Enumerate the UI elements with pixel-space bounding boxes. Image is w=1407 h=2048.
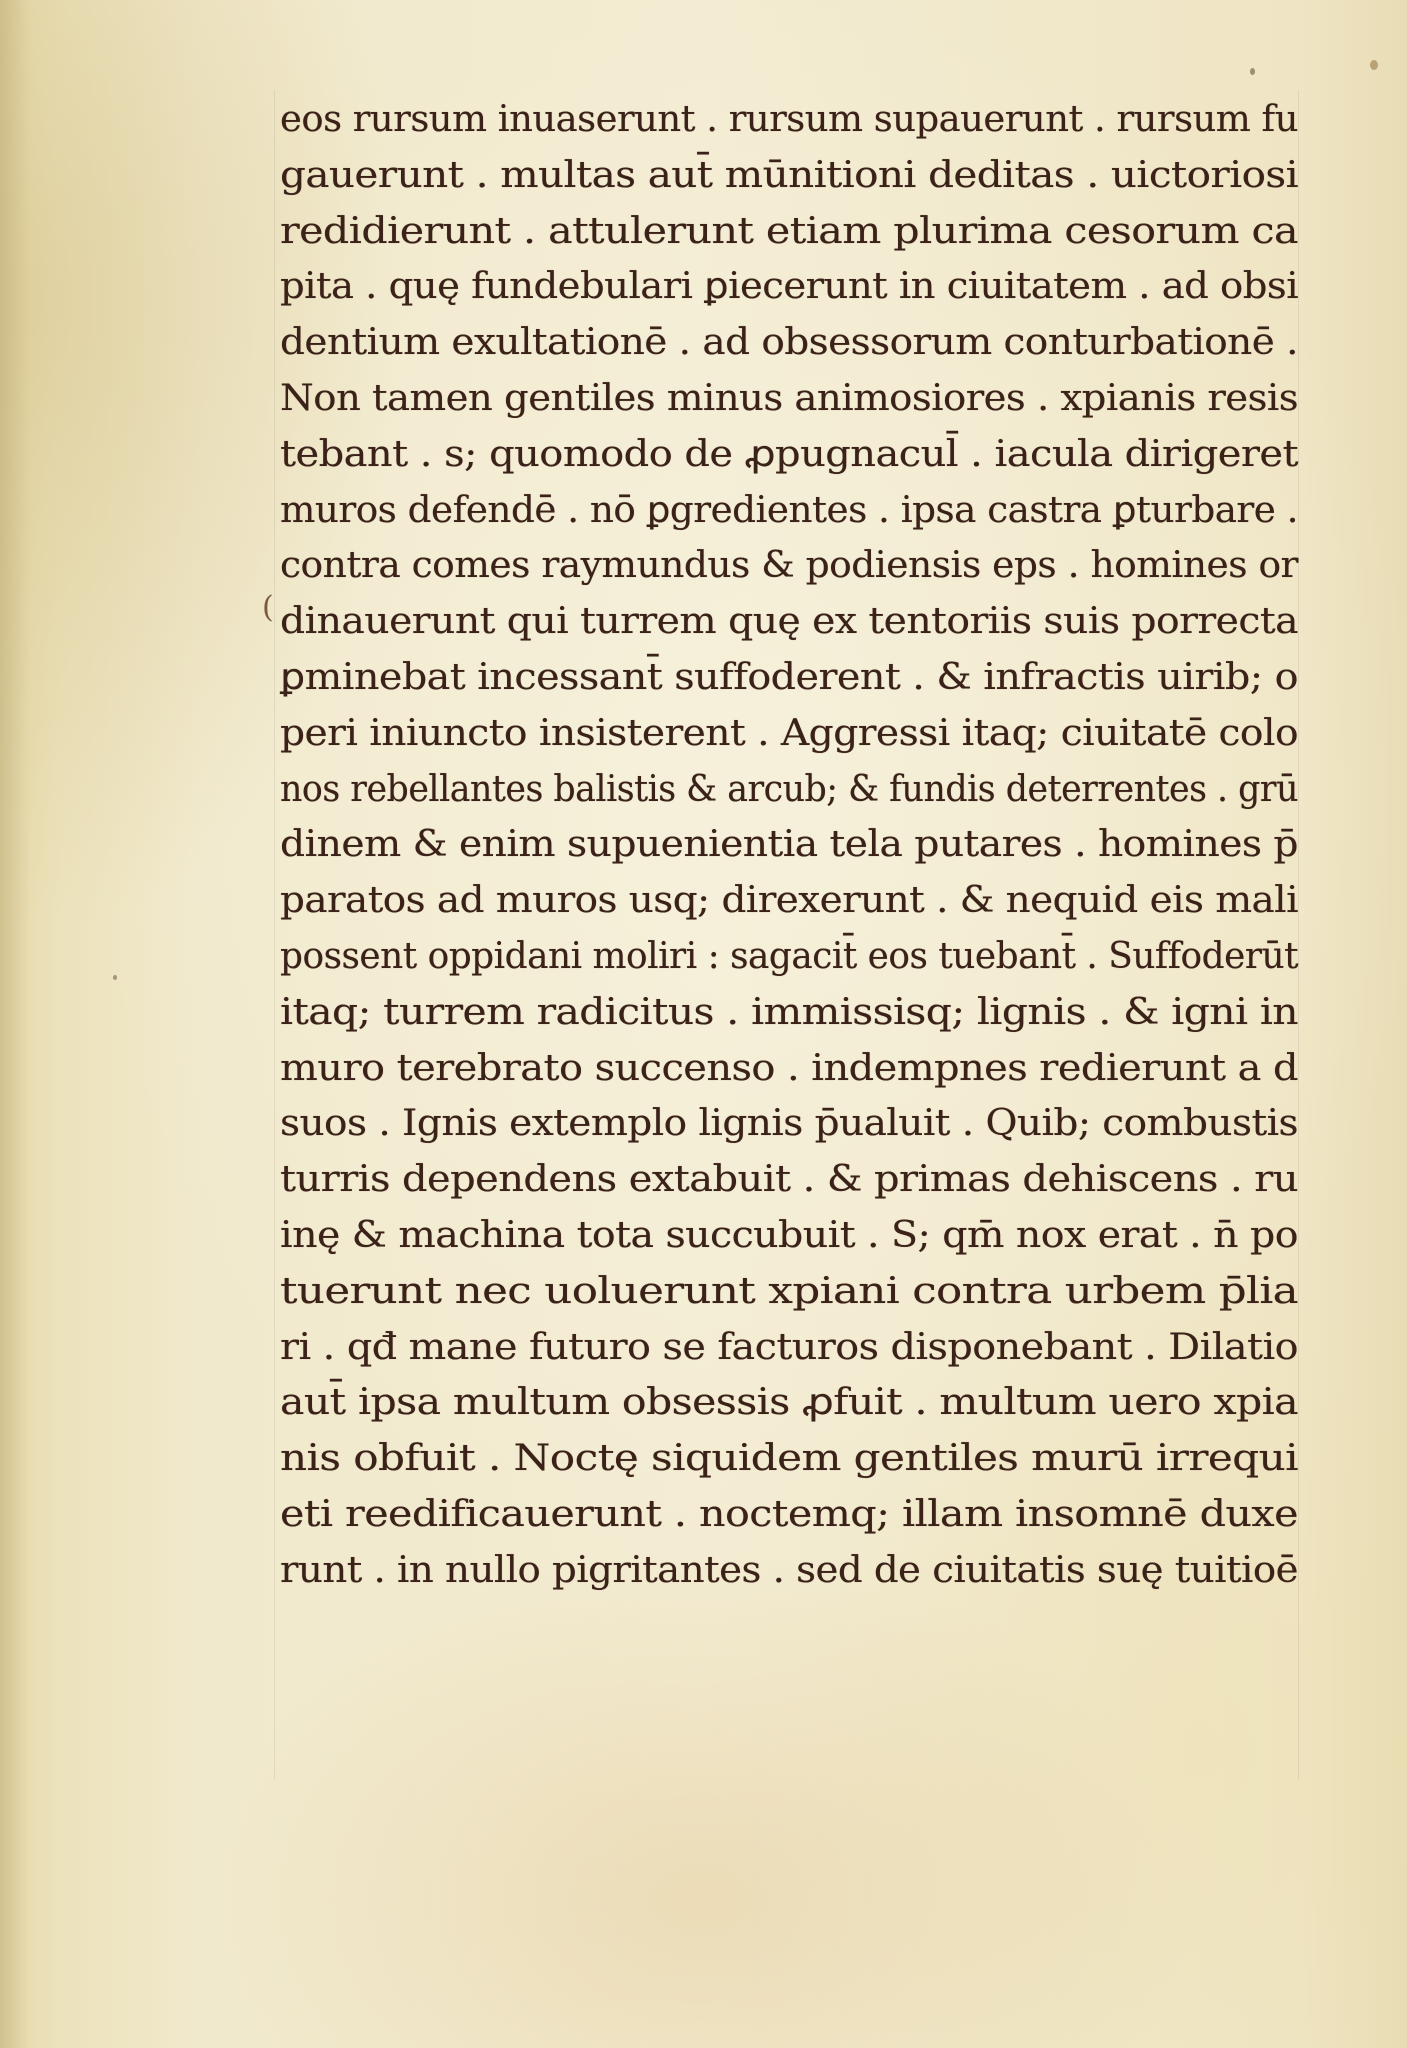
text-line-21: inę & machina tota succubuit . S; qm̄ no… [280,1208,1310,1264]
line-text: Non tamen gentiles minus animosiores . x… [280,371,1298,427]
text-line-14: dinem & enim supuenientia tela putares .… [280,817,1310,873]
line-text: possent oppidani moliri : sagacit̄ eos t… [280,929,1298,985]
text-line-27: runt . in nullo pigritantes . sed de ciu… [280,1543,1310,1599]
margin-bracket-mark: ( [262,590,274,625]
line-text: contra comes raymundus & podiensis eps .… [280,538,1298,594]
line-text: dentium exultationē . ad obsessorum cont… [280,315,1298,371]
text-line-3: redidierunt . attulerunt etiam plurima c… [280,204,1310,260]
line-text: runt . in nullo pigritantes . sed de ciu… [280,1543,1298,1599]
ink-dot-mark [1250,68,1255,75]
text-line-2: gauerunt . multas aut̄ mūnitioni deditas… [280,148,1310,204]
text-line-4: pita . quę fundebulari ꝑiecerunt in ciui… [280,259,1310,315]
line-text: tuerunt nec uoluerunt xpiani contra urbe… [280,1264,1298,1320]
line-text: tebant . s; quomodo de ꝓpugnacul̄ . iacu… [280,427,1298,483]
margin-dot-mark [113,975,117,980]
line-text: turris dependens extabuit . & primas deh… [280,1152,1298,1208]
text-line-9: contra comes raymundus & podiensis eps .… [280,538,1310,594]
text-line-18: muro terebrato succenso . indempnes redi… [280,1041,1310,1097]
line-text: dinem & enim supuenientia tela putares .… [280,817,1298,873]
binding-edge-shadow [0,0,30,2048]
line-text: eos rursum inuaserunt . rursum supauerun… [280,92,1298,148]
line-text: dinauerunt qui turrem quę ex tentoriis s… [280,594,1298,650]
text-line-16: possent oppidani moliri : sagacit̄ eos t… [280,929,1310,985]
line-text: muros defendē . nō ꝑgredientes . ipsa ca… [280,483,1298,539]
corner-stain-mark [1370,60,1378,70]
text-line-17: itaq; turrem radicitus . immissisq; lign… [280,985,1310,1041]
text-line-22: tuerunt nec uoluerunt xpiani contra urbe… [280,1264,1310,1320]
text-line-19: suos . Ignis extemplo lignis p̄ualuit . … [280,1096,1310,1152]
line-text: paratos ad muros usq; direxerunt . & neq… [280,873,1298,929]
text-line-25: nis obfuit . Noctę siquidem gentiles mur… [280,1431,1310,1487]
text-line-12: peri iniuncto insisterent . Aggressi ita… [280,706,1310,762]
text-line-26: eti reedificauerunt . noctemq; illam ins… [280,1487,1310,1543]
line-text: pita . quę fundebulari ꝑiecerunt in ciui… [280,259,1298,315]
text-line-24: aut̄ ipsa multum obsessis ꝓfuit . multum… [280,1375,1310,1431]
line-text: muro terebrato succenso . indempnes redi… [280,1041,1298,1097]
line-text: itaq; turrem radicitus . immissisq; lign… [280,985,1298,1041]
line-text: redidierunt . attulerunt etiam plurima c… [280,204,1298,260]
text-line-11: ꝑminebat incessant̄ suffoderent . & infr… [280,650,1310,706]
text-line-23: ri . qđ mane futuro se facturos disponeb… [280,1320,1310,1376]
line-text: inę & machina tota succubuit . S; qm̄ no… [280,1208,1298,1264]
line-text: gauerunt . multas aut̄ mūnitioni deditas… [280,148,1298,204]
left-ruling-line [274,90,275,1780]
line-text: nis obfuit . Noctę siquidem gentiles mur… [280,1431,1298,1487]
line-text: eti reedificauerunt . noctemq; illam ins… [280,1487,1298,1543]
text-line-7: tebant . s; quomodo de ꝓpugnacul̄ . iacu… [280,427,1310,483]
text-line-6: Non tamen gentiles minus animosiores . x… [280,371,1310,427]
line-text: aut̄ ipsa multum obsessis ꝓfuit . multum… [280,1375,1298,1431]
text-line-5: dentium exultationē . ad obsessorum cont… [280,315,1310,371]
text-line-8: muros defendē . nō ꝑgredientes . ipsa ca… [280,483,1310,539]
line-text: ꝑminebat incessant̄ suffoderent . & infr… [280,650,1298,706]
text-line-15: paratos ad muros usq; direxerunt . & neq… [280,873,1310,929]
text-line-1: eos rursum inuaserunt . rursum supauerun… [280,92,1310,148]
text-line-10: dinauerunt qui turrem quę ex tentoriis s… [280,594,1310,650]
line-text: suos . Ignis extemplo lignis p̄ualuit . … [280,1096,1298,1152]
line-text: ri . qđ mane futuro se facturos disponeb… [280,1320,1298,1376]
text-line-13: nos rebellantes balistis & arcub; & fund… [280,762,1310,818]
text-block: eos rursum inuaserunt . rursum supauerun… [280,92,1310,1599]
text-line-20: turris dependens extabuit . & primas deh… [280,1152,1310,1208]
line-text: peri iniuncto insisterent . Aggressi ita… [280,706,1298,762]
line-text: nos rebellantes balistis & arcub; & fund… [280,762,1298,818]
